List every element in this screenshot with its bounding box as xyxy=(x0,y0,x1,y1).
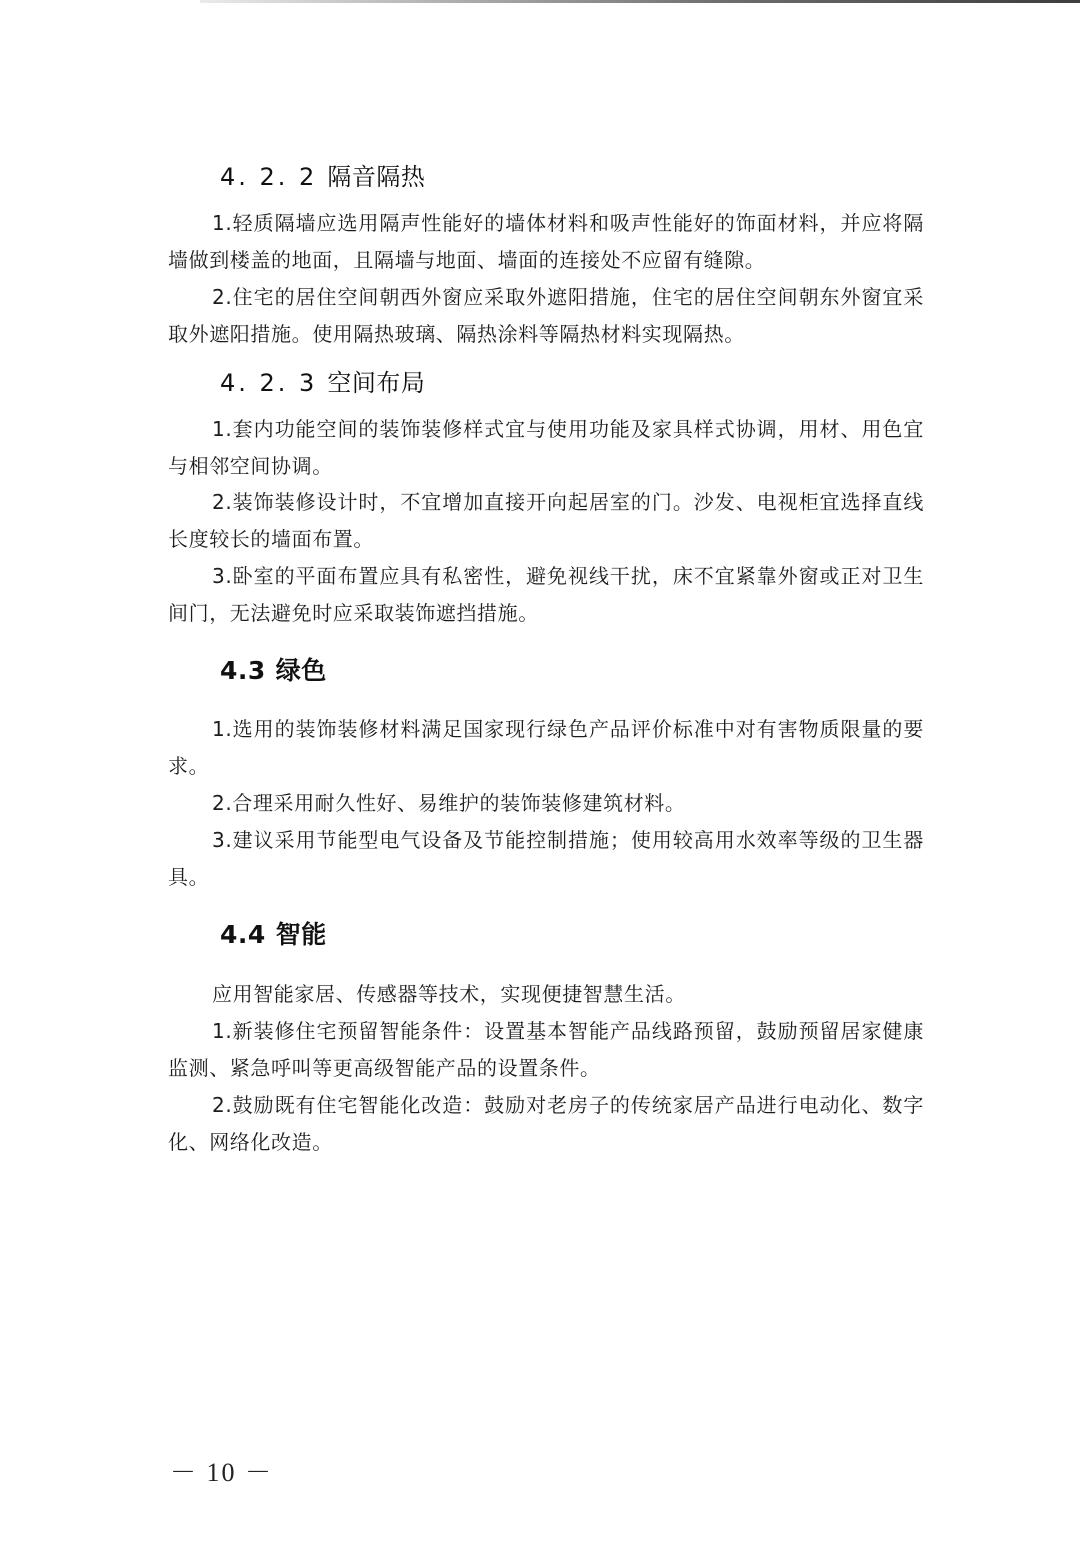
section-title: 智能 xyxy=(276,920,327,949)
section-heading-4-3: 4.3绿色 xyxy=(220,651,327,687)
paragraph: 2.住宅的居住空间朝西外窗应采取外遮阳措施，住宅的居住空间朝东外窗宜采取外遮阳措… xyxy=(168,279,924,353)
paragraph: 2.装饰装修设计时，不宜增加直接开向起居室的门。沙发、电视柜宜选择直线长度较长的… xyxy=(168,484,924,558)
section-title: 绿色 xyxy=(276,656,327,685)
section-heading-4-4: 4.4智能 xyxy=(220,915,327,951)
section-number: 4. 2. 2 xyxy=(220,163,317,191)
section-number: 4.4 xyxy=(220,920,266,949)
paragraph: 3.卧室的平面布置应具有私密性，避免视线干扰，床不宜紧靠外窗或正对卫生间门，无法… xyxy=(168,558,924,632)
paragraph: 应用智能家居、传感器等技术，实现便捷智慧生活。 xyxy=(168,976,924,1013)
paragraph: 1.新装修住宅预留智能条件：设置基本智能产品线路预留，鼓励预留居家健康监测、紧急… xyxy=(168,1013,924,1087)
section-heading-4-2-2: 4. 2. 2隔音隔热 xyxy=(220,157,425,192)
paragraph: 1.轻质隔墙应选用隔声性能好的墙体材料和吸声性能好的饰面材料，并应将隔墙做到楼盖… xyxy=(168,205,924,279)
paragraph: 2.合理采用耐久性好、易维护的装饰装修建筑材料。 xyxy=(168,785,924,822)
section-number: 4.3 xyxy=(220,656,266,685)
section-title: 隔音隔热 xyxy=(327,163,425,191)
scan-edge-artifact xyxy=(200,0,1080,3)
page-number: － 10 － xyxy=(170,1452,273,1489)
paragraph: 1.选用的装饰装修材料满足国家现行绿色产品评价标准中对有害物质限量的要求。 xyxy=(168,711,924,785)
section-heading-4-2-3: 4. 2. 3空间布局 xyxy=(220,363,425,398)
paragraph: 2.鼓励既有住宅智能化改造：鼓励对老房子的传统家居产品进行电动化、数字化、网络化… xyxy=(168,1087,924,1161)
section-number: 4. 2. 3 xyxy=(220,369,317,397)
paragraph: 3.建议采用节能型电气设备及节能控制措施；使用较高用水效率等级的卫生器具。 xyxy=(168,822,924,896)
paragraph: 1.套内功能空间的装饰装修样式宜与使用功能及家具样式协调，用材、用色宜与相邻空间… xyxy=(168,411,924,485)
section-title: 空间布局 xyxy=(327,369,425,397)
